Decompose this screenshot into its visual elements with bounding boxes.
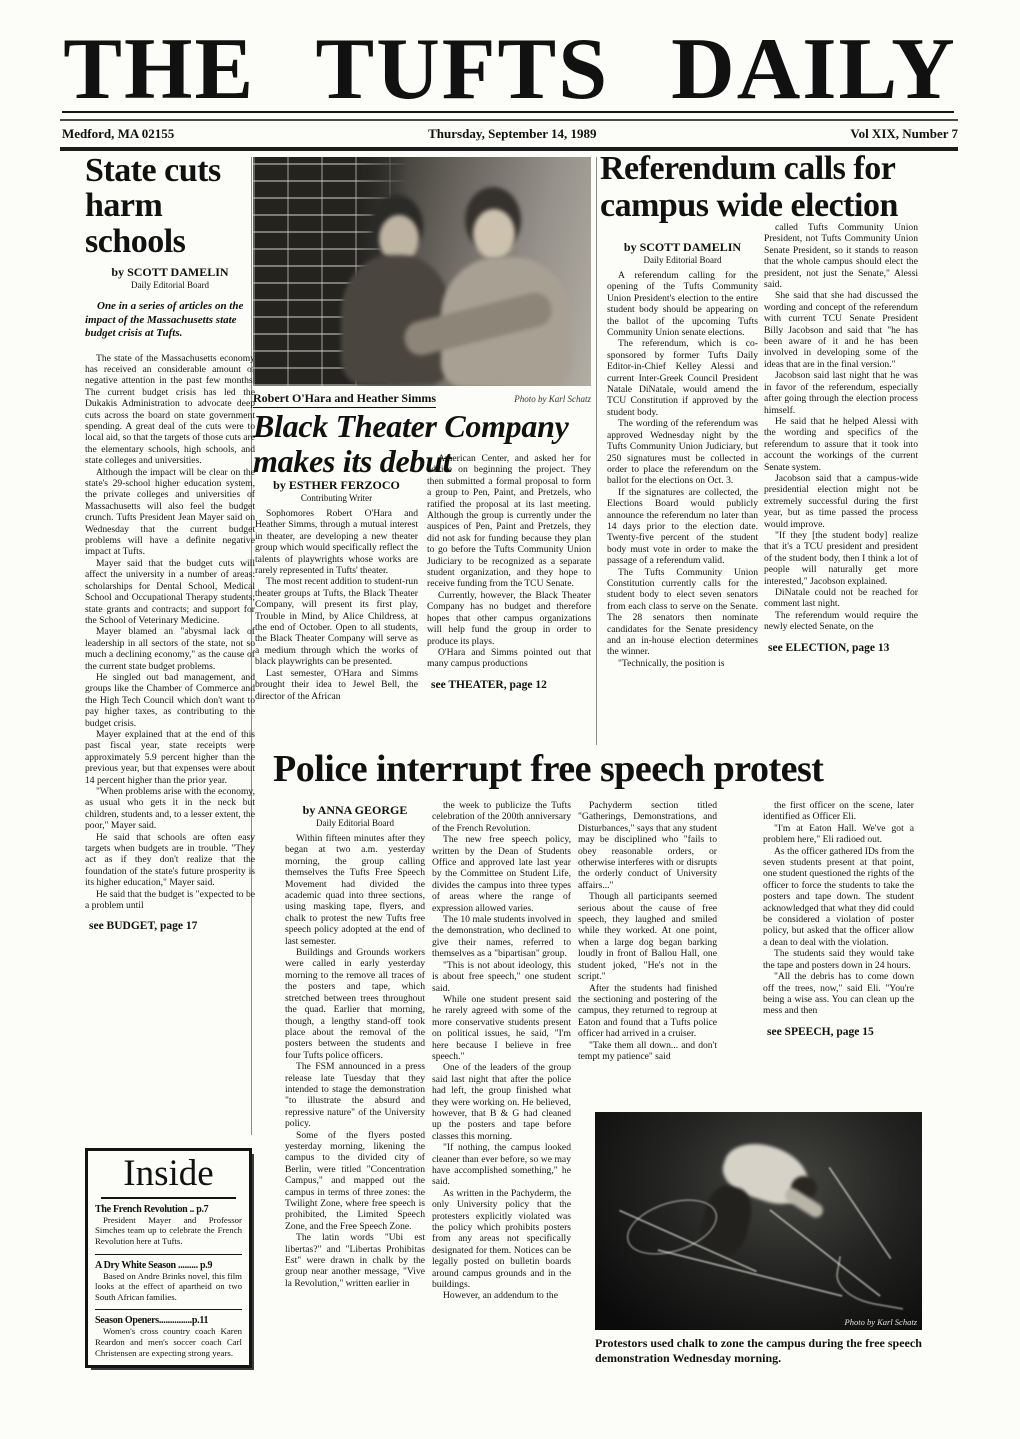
paragraph: While one student present said he rarely… xyxy=(432,994,571,1062)
theater-byline: by ESTHER FERZOCO Contributing Writer xyxy=(255,478,418,503)
paragraph: After the students had finished the sect… xyxy=(578,983,717,1040)
speech-column-1: by ANNA GEORGE Daily Editorial Board Wit… xyxy=(285,797,425,1395)
paragraph: "I'm at Eaton Hall. We've got a problem … xyxy=(763,823,914,846)
byline-role: Daily Editorial Board xyxy=(285,818,425,828)
person-2-face xyxy=(473,209,515,259)
paragraph: the week to publicize the Tufts celebrat… xyxy=(432,800,571,834)
chalk-line xyxy=(828,1167,891,1259)
newspaper-title: THE TUFTS DAILY xyxy=(47,30,972,111)
paragraph: The 10 male students involved in the dem… xyxy=(432,914,571,960)
paragraph: "If nothing, the campus looked cleaner t… xyxy=(432,1142,571,1188)
jump-line-election: see ELECTION, page 13 xyxy=(764,642,918,654)
paragraph: Jacobson said that a campus-wide preside… xyxy=(764,473,918,530)
inside-title: Inside xyxy=(101,1155,236,1199)
inside-item-title: The French Revolution .. p.7 xyxy=(95,1204,242,1215)
byline-role: Daily Editorial Board xyxy=(607,255,758,265)
inside-item-season-openers: Season Openers...............p.11 Women'… xyxy=(95,1309,242,1358)
paragraph: A referendum calling for the opening of … xyxy=(607,270,758,338)
paragraph: "When problems arise with the economy, a… xyxy=(85,786,255,832)
paragraph: The most recent addition to student-run … xyxy=(255,576,418,667)
paragraph: He singled out bad management, and group… xyxy=(85,672,255,729)
paragraph: "All the debris has to come down off the… xyxy=(763,971,914,1017)
inside-index-box: Inside The French Revolution .. p.7 Pres… xyxy=(85,1148,252,1368)
paragraph: O'Hara and Simms pointed out that many c… xyxy=(427,647,591,670)
photo1-credit: Photo by Karl Schatz xyxy=(514,394,591,404)
paragraph: The state of the Massachusetts economy h… xyxy=(85,353,255,467)
photo-ohara-simms xyxy=(253,157,591,386)
masthead-rule xyxy=(60,119,958,121)
paragraph: Mayer said that the budget cuts will aff… xyxy=(85,558,255,626)
byline-role: Contributing Writer xyxy=(255,493,418,503)
theater-column-1: by ESTHER FERZOCO Contributing Writer So… xyxy=(255,472,418,768)
referendum-byline: by SCOTT DAMELIN Daily Editorial Board xyxy=(607,240,758,265)
chalk-line xyxy=(658,1249,843,1297)
photo1-caption: Robert O'Hara and Heather Simms xyxy=(253,391,436,408)
jump-line-budget: see BUDGET, page 17 xyxy=(85,920,255,932)
paragraph: "If they [the student body] realize that… xyxy=(764,530,918,587)
paragraph: The FSM announced in a press release lat… xyxy=(285,1061,425,1129)
speech-headline: Police interrupt free speech protest xyxy=(273,747,953,791)
speech-byline: by ANNA GEORGE Daily Editorial Board xyxy=(285,803,425,828)
dateline-volume: Vol XIX, Number 7 xyxy=(850,126,958,142)
paragraph: If the signatures are collected, the Ele… xyxy=(607,487,758,567)
paragraph: Mayer explained that at the end of this … xyxy=(85,729,255,786)
chalk-curve xyxy=(832,1256,910,1310)
paragraph: As written in the Pachyderm, the only Un… xyxy=(432,1188,571,1291)
inside-item-title: A Dry White Season ......... p.9 xyxy=(95,1260,242,1271)
paragraph: As the officer gathered IDs from the sev… xyxy=(763,846,914,949)
paragraph: One of the leaders of the group said las… xyxy=(432,1062,571,1142)
paragraph: Jacobson said last night that he was in … xyxy=(764,370,918,416)
paragraph: He said that he helped Alessi with the w… xyxy=(764,416,918,473)
byline-author: by ESTHER FERZOCO xyxy=(255,478,418,493)
paragraph: the first officer on the scene, later id… xyxy=(763,800,914,823)
referendum-column-1: by SCOTT DAMELIN Daily Editorial Board A… xyxy=(607,234,758,766)
paragraph: The new free speech policy, written by t… xyxy=(432,834,571,914)
photo2-credit: Photo by Karl Schatz xyxy=(845,1317,917,1327)
article-state-cuts: State cuts harm schools by SCOTT DAMELIN… xyxy=(85,153,255,1143)
series-lede: One in a series of articles on the impac… xyxy=(85,300,255,341)
paragraph: American Center, and asked her for advic… xyxy=(427,453,591,590)
inside-item-desc: President Mayer and Professor Simches te… xyxy=(95,1215,242,1247)
byline-author: by SCOTT DAMELIN xyxy=(607,240,758,255)
speech-column-3: Pachyderm section titled "Gatherings, De… xyxy=(578,800,717,1100)
byline-author: by SCOTT DAMELIN xyxy=(85,265,255,280)
paragraph: He said that schools are often easy targ… xyxy=(85,832,255,889)
paragraph: called Tufts Community Union President, … xyxy=(764,222,918,290)
paragraph: Buildings and Grounds workers were calle… xyxy=(285,947,425,1061)
inside-item-french-revolution: The French Revolution .. p.7 President M… xyxy=(95,1204,242,1247)
paragraph: Sophomores Robert O'Hara and Heather Sim… xyxy=(255,508,418,576)
paragraph: Though all participants seemed serious a… xyxy=(578,891,717,982)
photo1-caption-row: Robert O'Hara and Heather Simms Photo by… xyxy=(253,391,591,408)
paragraph: The latin words "Ubi est libertas?" and … xyxy=(285,1232,425,1289)
paragraph: However, an addendum to the xyxy=(432,1290,571,1301)
byline-role: Daily Editorial Board xyxy=(85,280,255,290)
speech-column-4: the first officer on the scene, later id… xyxy=(763,800,914,1108)
inside-item-title: Season Openers...............p.11 xyxy=(95,1315,242,1326)
paragraph: The wording of the referendum was approv… xyxy=(607,418,758,486)
paragraph: The students said they would take the ta… xyxy=(763,948,914,971)
paragraph: "This is not about ideology, this is abo… xyxy=(432,960,571,994)
paragraph: Within fifteen minutes after they began … xyxy=(285,833,425,947)
theater-column-2: American Center, and asked her for advic… xyxy=(427,453,591,768)
referendum-column-2: called Tufts Community Union President, … xyxy=(764,222,918,767)
inside-item-desc: Based on Andre Brinks novel, this film l… xyxy=(95,1271,242,1303)
jump-line-theater: see THEATER, page 12 xyxy=(427,679,591,691)
dateline: Medford, MA 02155 Thursday, September 14… xyxy=(62,126,958,142)
inside-item-dry-white-season: A Dry White Season ......... p.9 Based o… xyxy=(95,1254,242,1303)
paragraph: Currently, however, the Black Theater Co… xyxy=(427,590,591,647)
referendum-headline: Referendum calls for campus wide electio… xyxy=(600,151,928,224)
paragraph: Although the impact will be clear on the… xyxy=(85,467,255,558)
dateline-location: Medford, MA 02155 xyxy=(62,126,174,142)
speech-column-2: the week to publicize the Tufts celebrat… xyxy=(432,800,571,1395)
state-cuts-headline: State cuts harm schools xyxy=(85,153,255,259)
paragraph: The Tufts Community Union Constitution c… xyxy=(607,567,758,658)
inside-item-desc: Women's cross country coach Karen Reardo… xyxy=(95,1326,242,1358)
paragraph: DiNatale could not be reached for commen… xyxy=(764,587,918,610)
paragraph: The referendum, which is co-sponsored by… xyxy=(607,338,758,418)
jump-line-speech: see SPEECH, page 15 xyxy=(763,1026,914,1038)
paragraph: She said that she had discussed the word… xyxy=(764,290,918,370)
photo-chalk-protest: Photo by Karl Schatz xyxy=(595,1112,922,1330)
state-cuts-byline: by SCOTT DAMELIN Daily Editorial Board xyxy=(85,265,255,290)
newspaper-front-page: THE TUFTS DAILY Medford, MA 02155 Thursd… xyxy=(0,0,1020,1439)
photo2-caption: Protestors used chalk to zone the campus… xyxy=(595,1336,922,1366)
paragraph: Pachyderm section titled "Gatherings, De… xyxy=(578,800,717,891)
paragraph: He said that the budget is "expected to … xyxy=(85,889,255,912)
paragraph: "Technically, the position is xyxy=(607,658,758,669)
byline-author: by ANNA GEORGE xyxy=(285,803,425,818)
paragraph: Mayer blamed an "abysmal lack of leaders… xyxy=(85,626,255,672)
paragraph: The referendum would require the newly e… xyxy=(764,610,918,633)
paragraph: Last semester, O'Hara and Simms brought … xyxy=(255,668,418,702)
paragraph: Some of the flyers posted yesterday morn… xyxy=(285,1130,425,1233)
paragraph: "Take them all down... and don't tempt m… xyxy=(578,1040,717,1063)
dateline-date: Thursday, September 14, 1989 xyxy=(428,126,596,142)
